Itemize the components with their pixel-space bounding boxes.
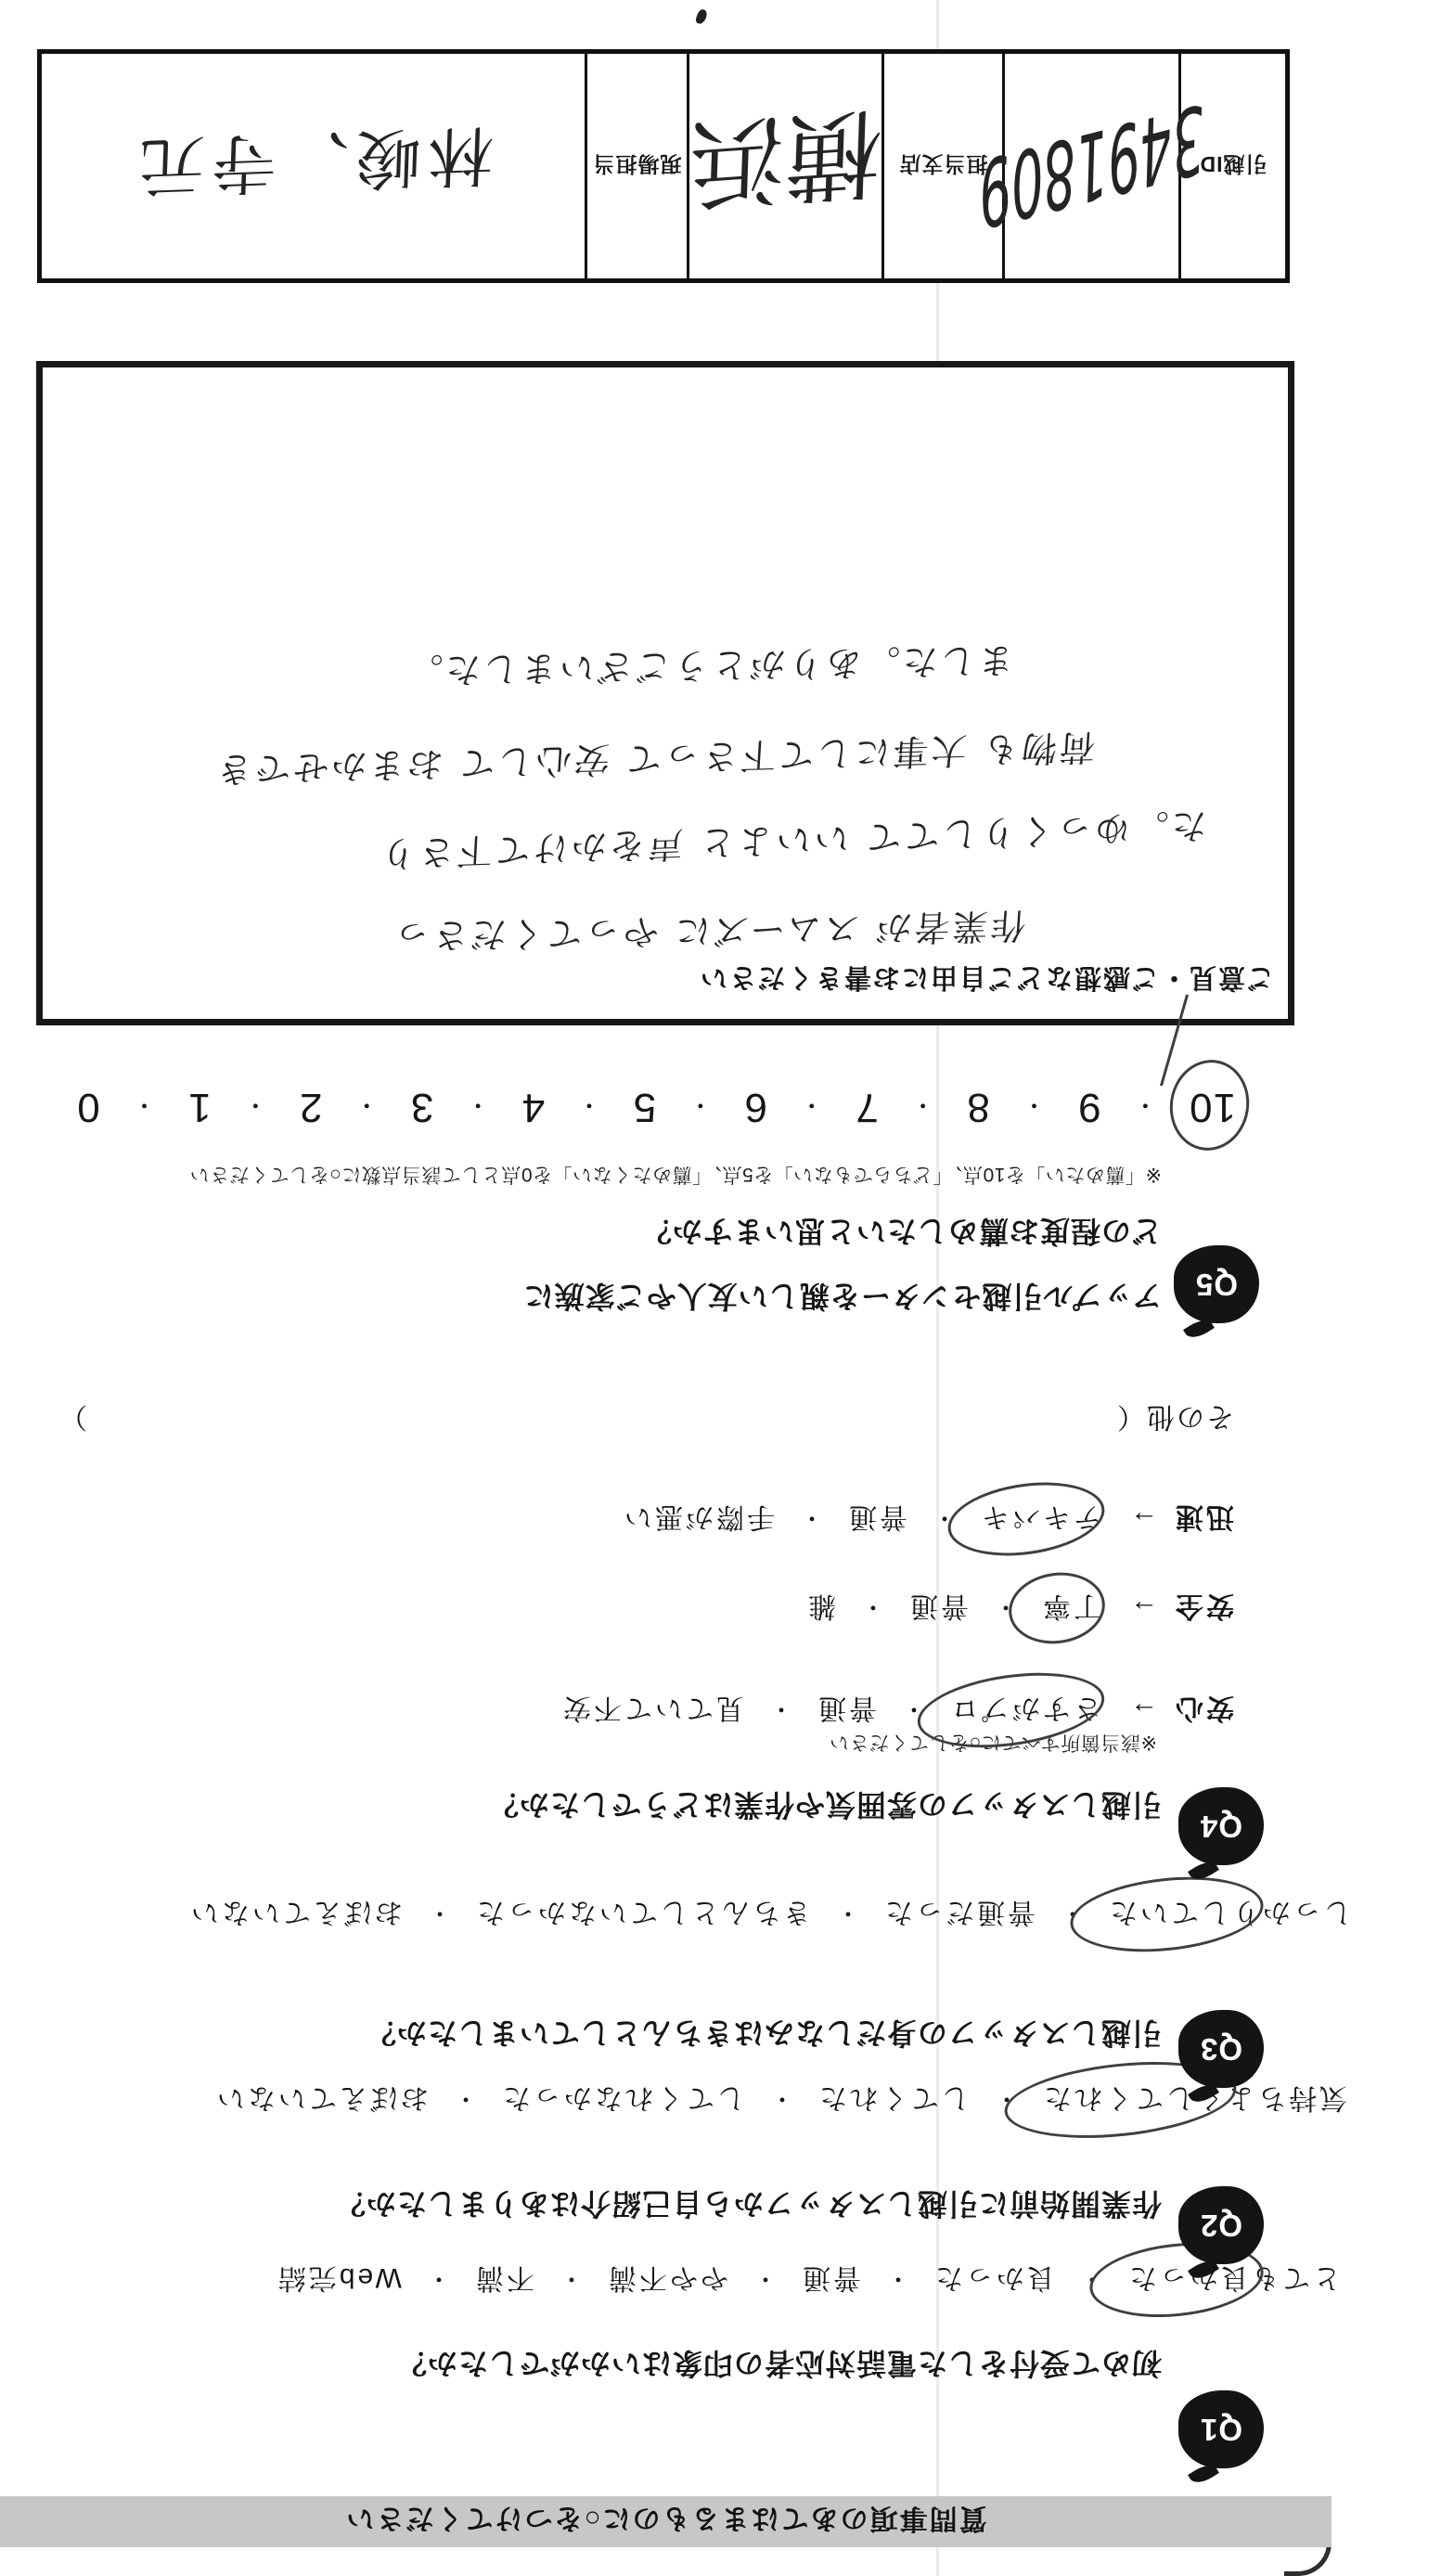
field-label: 引越ID — [1200, 151, 1267, 182]
scale-number: 6 — [744, 1084, 767, 1130]
q4-other-row: その他（） — [58, 1399, 1234, 1440]
option: おぼえていない — [188, 1895, 403, 1936]
question-icon-q5: Q5 — [1174, 1245, 1259, 1323]
q4-row-迅速: 迅速→テキパキ・普通・手際が悪い — [622, 1500, 1234, 1540]
footer-value-cell: 横浜 — [687, 54, 881, 278]
footer-value-cell: 3491809 — [1002, 54, 1178, 278]
instruction-bar: 質問事項のあてはまるものに○をつけてください — [0, 2496, 1332, 2547]
option: してくれなかった — [500, 2080, 745, 2121]
option: 雑 — [805, 1589, 836, 1629]
option: してくれた — [817, 2080, 970, 2121]
question-title: 引越しスタッフの雰囲気や作業はどうでしたか？ — [488, 1785, 1162, 1828]
option: 普通 — [816, 1691, 877, 1732]
scale-number: 0 — [76, 1084, 99, 1130]
option: 普通だった — [882, 1895, 1036, 1936]
question-icon-label: Q2 — [1200, 2208, 1242, 2243]
option-circled: さすがプロ — [948, 1691, 1101, 1732]
arrow-icon: → — [1127, 1504, 1158, 1536]
scan-artifact-ink-dot — [695, 8, 709, 25]
scanned-survey-page-rotated-180: 質問事項のあてはまるものに○をつけてください Q1初めて受付をした電話対応者の印… — [0, 0, 1454, 2576]
option-separator-dot: ・ — [751, 2264, 778, 2299]
arrow-icon: → — [1127, 1593, 1158, 1625]
question-icon-q1: Q1 — [1178, 2390, 1264, 2468]
scale-separator-dot: ・ — [688, 1090, 713, 1125]
scale-separator-dot: ・ — [910, 1090, 935, 1125]
option: 見ていて不安 — [560, 1691, 744, 1732]
question-icon-q4: Q4 — [1178, 1787, 1264, 1865]
q4-row-安心: 安心→さすがプロ・普通・見ていて不安 — [560, 1691, 1234, 1732]
scale-separator-dot: ・ — [354, 1090, 379, 1125]
option: きちんとしていなかった — [474, 1895, 811, 1936]
scale-number: 5 — [633, 1084, 656, 1130]
option: 良かった — [933, 2260, 1055, 2301]
option: 不満 — [473, 2260, 534, 2301]
nps-scale-row: 10・9・8・7・6・5・4・3・2・1・0 — [76, 1084, 1236, 1130]
scale-separator-dot: ・ — [465, 1090, 490, 1125]
option: 普通 — [846, 1500, 907, 1540]
option-separator-dot: ・ — [767, 2084, 794, 2119]
options-row: 気持ちよくしてくれた・してくれた・してくれなかった・おぼえていない — [214, 2080, 1347, 2121]
option: おぼえていない — [214, 2080, 429, 2121]
option: Web完結 — [276, 2260, 402, 2301]
handwriting-line: ました。ありがとうございました。 — [403, 638, 1016, 699]
footer-value-cell: 林峻、寺元 — [42, 54, 585, 278]
scale-separator-dot: ・ — [1021, 1090, 1046, 1125]
field-label: 現場担当 — [593, 151, 682, 182]
option-circled: テキパキ — [979, 1500, 1101, 1540]
scale-number: 7 — [855, 1084, 878, 1130]
question-icon-label: Q1 — [1200, 2412, 1242, 2447]
scale-number: 1 — [187, 1084, 211, 1130]
options-row: しっかりしていた・普通だった・きちんとしていなかった・おぼえていない — [188, 1895, 1352, 1936]
field-value-handwritten: 林峻、寺元 — [131, 113, 495, 220]
other-label: その他（ — [1115, 1399, 1234, 1440]
option-separator-dot: ・ — [425, 1899, 452, 1933]
question-title: 初めて受付をした電話対応者の印象はいかがでしたか？ — [396, 2344, 1162, 2387]
question-icon-label: Q4 — [1200, 1809, 1242, 1844]
arrow-icon: → — [1127, 1695, 1158, 1727]
option-separator-dot: ・ — [858, 1592, 885, 1627]
scale-separator-dot: ・ — [799, 1090, 824, 1125]
option: やや不満 — [606, 2260, 728, 2301]
option-separator-dot: ・ — [833, 1899, 860, 1933]
question-title: どの程度お薦めしたいと思いますか？ — [641, 1212, 1162, 1255]
q4-row-label: 安心 — [1173, 1691, 1234, 1732]
question-title: 作業開始前に引越しスタッフから自己紹介はありましたか？ — [335, 2184, 1162, 2227]
question-icon-label: Q3 — [1200, 2031, 1242, 2067]
option-separator-dot: ・ — [797, 1503, 824, 1538]
other-close-paren: ） — [58, 1399, 87, 1440]
scale-separator-dot: ・ — [576, 1090, 601, 1125]
option-separator-dot: ・ — [883, 2264, 910, 2299]
scale-number: 4 — [521, 1084, 545, 1130]
scale-number-circled: 10 — [1189, 1084, 1236, 1130]
scale-number: 8 — [966, 1084, 989, 1130]
footer-label-担当支店: 担当支店 — [881, 54, 1002, 278]
option-separator-dot: ・ — [766, 1694, 793, 1729]
q4-row-label: 迅速 — [1173, 1500, 1234, 1540]
scale-separator-dot: ・ — [131, 1090, 156, 1125]
option: 普通 — [907, 1589, 969, 1629]
option: 普通 — [800, 2260, 861, 2301]
options-row: とても良かった・良かった・普通・やや不満・不満・Web完結 — [276, 2260, 1341, 2301]
question-icon-label: Q5 — [1195, 1267, 1238, 1302]
footer-table: 引越ID3491809担当支店横浜現場担当林峻、寺元 — [37, 49, 1290, 283]
q4-row-label: 安全 — [1173, 1589, 1234, 1629]
field-label: 担当支店 — [899, 151, 988, 182]
instruction-bar-text: 質問事項のあてはまるものに○をつけてください — [344, 2502, 986, 2543]
question-icon-q2: Q2 — [1178, 2186, 1264, 2264]
option: 手際が悪い — [622, 1500, 775, 1540]
scale-separator-dot: ・ — [242, 1090, 267, 1125]
question-title: 引越しスタッフの身だしなみはきちんとしていましたか？ — [366, 2014, 1162, 2056]
comment-box-header: ご意見・ご感想などご自由にお書きください — [699, 960, 1274, 998]
question-icon-q3: Q3 — [1178, 2010, 1264, 2088]
option-circled: しっかりしていた — [1107, 1895, 1352, 1936]
option-circled: とても良かった — [1126, 2260, 1341, 2301]
footer-label-現場担当: 現場担当 — [585, 54, 687, 278]
survey-document: 質問事項のあてはまるものに○をつけてください Q1初めて受付をした電話対応者の印… — [0, 0, 1454, 2576]
question-note: ※「薦めたい」を10点、「どちらでもない」を5点、「薦めたくない」を0点として該… — [189, 1162, 1162, 1190]
question-title: アップル引越センターを親しい友人やご家族に — [523, 1277, 1162, 1320]
option-separator-dot: ・ — [557, 2264, 584, 2299]
scale-separator-dot: ・ — [1132, 1090, 1157, 1125]
scale-number: 9 — [1077, 1084, 1100, 1130]
option-circled: 丁寧 — [1040, 1589, 1101, 1629]
option-separator-dot: ・ — [451, 2084, 478, 2119]
field-value-handwritten: 3491809 — [975, 84, 1209, 249]
scale-number: 3 — [410, 1084, 433, 1130]
scale-number: 2 — [299, 1084, 322, 1130]
q4-row-安全: 安全→丁寧・普通・雑 — [805, 1589, 1234, 1629]
field-value-handwritten: 横浜 — [687, 89, 884, 242]
option-separator-dot: ・ — [424, 2264, 451, 2299]
